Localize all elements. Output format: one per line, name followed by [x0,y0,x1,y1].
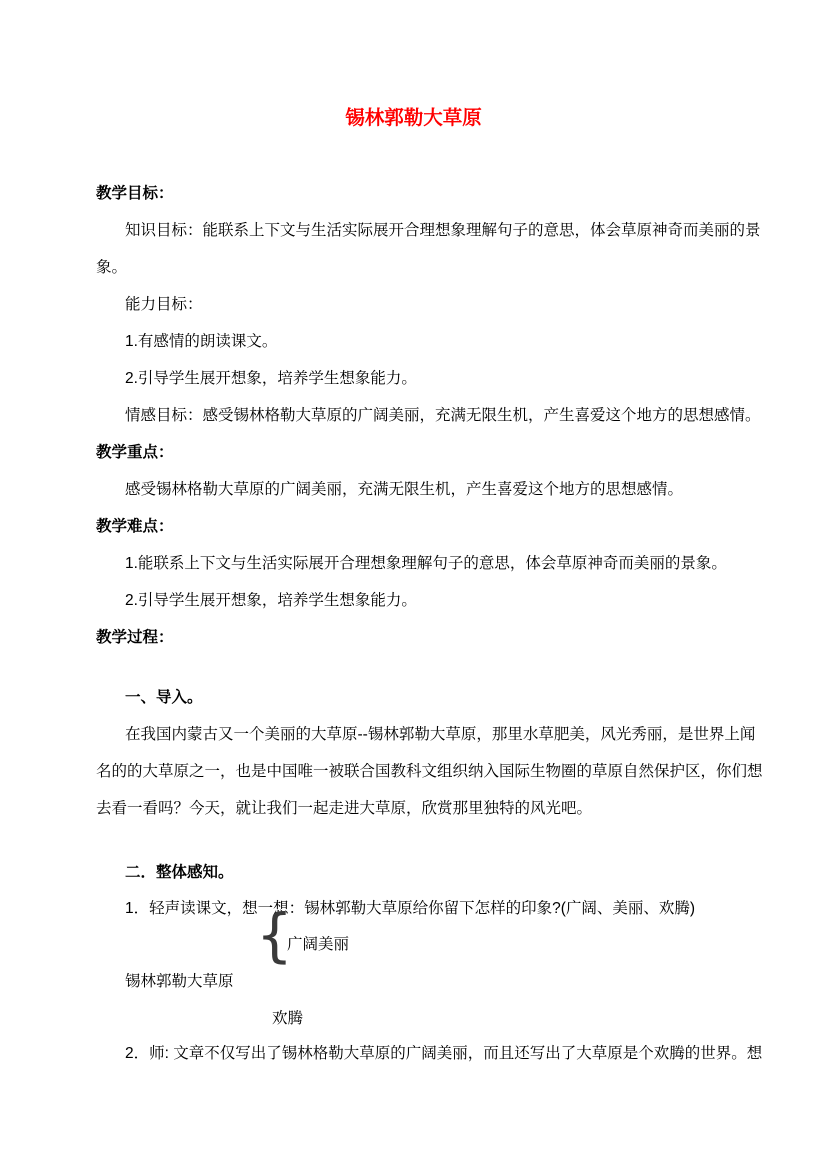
diagram-subject: 锡林郭勒大草原 [125,972,234,992]
knowledge-objective-line-2: 象。 [96,258,127,278]
document-title: 锡林郭勒大草原 [0,106,827,130]
key-points-heading: 教学重点： [96,443,174,463]
document-page: 锡林郭勒大草原 教学目标： 知识目标：能联系上下文与生活实际展开合理想象理解句子… [0,0,827,1170]
difficulties-heading: 教学难点： [96,517,174,537]
ability-objective-heading: 能力目标： [125,295,203,315]
intro-paragraph-line-2: 名的的大草原之一，也是中国唯一被联合国教科文组织纳入国际生物圈的草原自然保护区，… [96,762,763,782]
intro-paragraph-line-3: 去看一看吗？今天，就让我们一起走进大草原，欣赏那里独特的风光吧。 [96,799,592,819]
perception-question-2: 2．师: 文章不仅写出了锡林格勒大草原的广阔美丽，而且还写出了大草原是个欢腾的世… [125,1044,762,1064]
intro-paragraph-line-1: 在我国内蒙古又一个美丽的大草原--锡林郭勒大草原，那里水草肥美，风光秀丽，是世界… [125,725,755,745]
key-points-content: 感受锡林格勒大草原的广阔美丽，充满无限生机，产生喜爱这个地方的思想感情。 [125,480,683,500]
perception-section-heading: 二．整体感知。 [125,863,234,883]
difficulties-item-1: 1.能联系上下文与生活实际展开合理想象理解句子的意思，体会草原神奇而美丽的景象。 [125,554,727,574]
intro-section-heading: 一、导入。 [125,688,203,708]
diagram-impression-bottom: 欢腾 [272,1009,303,1029]
difficulties-item-2: 2.引导学生展开想象，培养学生想象能力。 [125,591,417,611]
emotion-objective: 情感目标：感受锡林格勒大草原的广阔美丽，充满无限生机，产生喜爱这个地方的思想感情… [125,406,761,426]
ability-objective-item-1: 1.有感情的朗读课文。 [125,332,277,352]
ability-objective-item-2: 2.引导学生展开想象，培养学生想象能力。 [125,369,417,389]
process-heading: 教学过程： [96,628,174,648]
objectives-heading: 教学目标： [96,184,174,204]
diagram-impression-top: 广阔美丽 [287,935,349,955]
knowledge-objective-line-1: 知识目标：能联系上下文与生活实际展开合理想象理解句子的意思，体会草原神奇而美丽的… [125,221,761,241]
perception-question-1: 1．轻声读课文，想一想：锡林郭勒大草原给你留下怎样的印象?(广阔、美丽、欢腾) [125,899,695,919]
